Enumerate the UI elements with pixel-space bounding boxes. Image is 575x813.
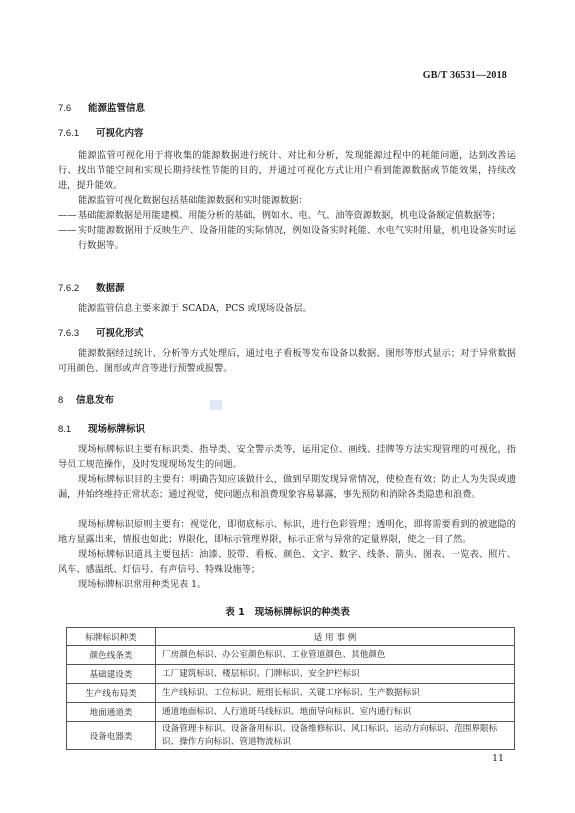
table-caption: 表 1现场标牌标识的种类表 [0,604,575,618]
paragraph: 能源监管可视化数据包括基础能源数据和实时能源数据： [58,193,516,208]
paragraph: 现场标牌标识道具主要包括：油漆、胶带、看板、颜色、文字、数字、线条、箭头、图表、… [58,547,516,577]
paragraph: 能源监管信息主要来源于 SCADA，PCS 或现场设备层。 [58,301,516,316]
bullet-list: —— 基础能源数据是用能建模、用能分析的基础，例如水、电、气、油等资源数据，机电… [58,208,516,253]
list-item: —— 实时能源数据用于反映生产、设备用能的实际情况，例如设备实时耗能、水电气实时… [58,223,516,253]
heading-7-6-3: 7.6.3可视化形式 [58,325,144,339]
cell-examples: 通道地面标识、人行道斑马线标识、地面导向标识、室内通行标识 [156,703,515,722]
heading-8: 8信息发布 [58,392,114,406]
table-header-row: 标牌标识种类 适 用 事 例 [67,628,515,646]
heading-7-6-1: 7.6.1可视化内容 [58,125,144,139]
cell-examples: 设备管理卡标识、设备备用标识、设备维修标识、风口标识、运动方向标识、范围界限标识… [156,722,515,750]
cell-type: 生产线布局类 [67,684,156,703]
list-item-text: 基础能源数据是用能建模、用能分析的基础，例如水、电、气、油等资源数据，机电设备额… [78,208,516,223]
table-row: 基础建设类 工厂建筑标识、楼层标识、门牌标识、安全护栏标识 [67,665,515,684]
heading-title: 可视化形式 [96,328,144,339]
heading-7-6-2: 7.6.2数据源 [58,280,125,294]
column-header-examples: 适 用 事 例 [156,628,515,646]
paragraph: 现场标牌标识主要有标识类、指导类、安全警示类等，运用定位、画线、挂牌等方法实现管… [58,442,516,472]
paragraph: 现场标牌标识常用种类见表 1。 [58,577,516,592]
list-item-text: 实时能源数据用于反映生产、设备用能的实际情况，例如设备实时耗能、水电气实时用量，… [78,223,516,253]
paragraph: 现场标牌标识目的主要有：明确告知应该做什么，做到早期发现异常情况，使检查有效；防… [58,472,516,502]
heading-number: 7.6.1 [58,128,96,139]
table-caption-number: 表 1 [225,607,244,618]
paragraph: 现场标牌标识原则主要有：视觉化，即彻底标示、标识，进行色彩管理；透明化，即将需要… [58,517,516,547]
heading-title: 可视化内容 [96,128,144,139]
table-row: 生产线布局类 生产线标识、工位标识、班组长标识、关键工序标识、生产数据标识 [67,684,515,703]
cell-examples: 生产线标识、工位标识、班组长标识、关键工序标识、生产数据标识 [156,684,515,703]
cell-examples: 工厂建筑标识、楼层标识、门牌标识、安全护栏标识 [156,665,515,684]
heading-number: 7.6.2 [58,283,96,294]
table-row: 设备电器类 设备管理卡标识、设备备用标识、设备维修标识、风口标识、运动方向标识、… [67,722,515,750]
column-header-type: 标牌标识种类 [67,628,156,646]
heading-title: 信息发布 [76,395,114,406]
cell-type: 地面通道类 [67,703,156,722]
paragraph: 能源数据经过统计、分析等方式处理后，通过电子看板等发布设备以数据、图形等形式显示… [58,346,516,376]
table-row: 颜色线条类 厂房颜色标识、办公室颜色标识、工业管道颜色、其他颜色 [67,646,515,665]
heading-title: 能源监管信息 [88,103,145,114]
cell-examples: 厂房颜色标识、办公室颜色标识、工业管道颜色、其他颜色 [156,646,515,665]
signage-types-table: 标牌标识种类 适 用 事 例 颜色线条类 厂房颜色标识、办公室颜色标识、工业管道… [66,627,515,750]
paragraph: 能源监管可视化用于将收集的能源数据进行统计、对比和分析，发现能源过程中的耗能问题… [58,148,516,193]
standard-code: GB/T 36531—2018 [423,70,507,81]
heading-title: 数据源 [96,283,125,294]
cell-type: 基础建设类 [67,665,156,684]
cell-type: 颜色线条类 [67,646,156,665]
list-dash: —— [58,223,78,253]
heading-number: 7.6.3 [58,328,96,339]
heading-number: 8 [58,395,76,406]
heading-title: 现场标牌标识 [88,424,145,435]
list-dash: —— [58,208,78,223]
list-item: —— 基础能源数据是用能建模、用能分析的基础，例如水、电、气、油等资源数据，机电… [58,208,516,223]
watermark-logo-icon [210,400,222,410]
heading-number: 7.6 [58,103,88,114]
table-row: 地面通道类 通道地面标识、人行道斑马线标识、地面导向标识、室内通行标识 [67,703,515,722]
table-caption-title: 现场标牌标识的种类表 [255,607,350,618]
heading-7-6: 7.6能源监管信息 [58,100,145,114]
cell-type: 设备电器类 [67,722,156,750]
heading-number: 8.1 [58,424,88,435]
page-number: 11 [492,753,504,764]
heading-8-1: 8.1现场标牌标识 [58,421,145,435]
